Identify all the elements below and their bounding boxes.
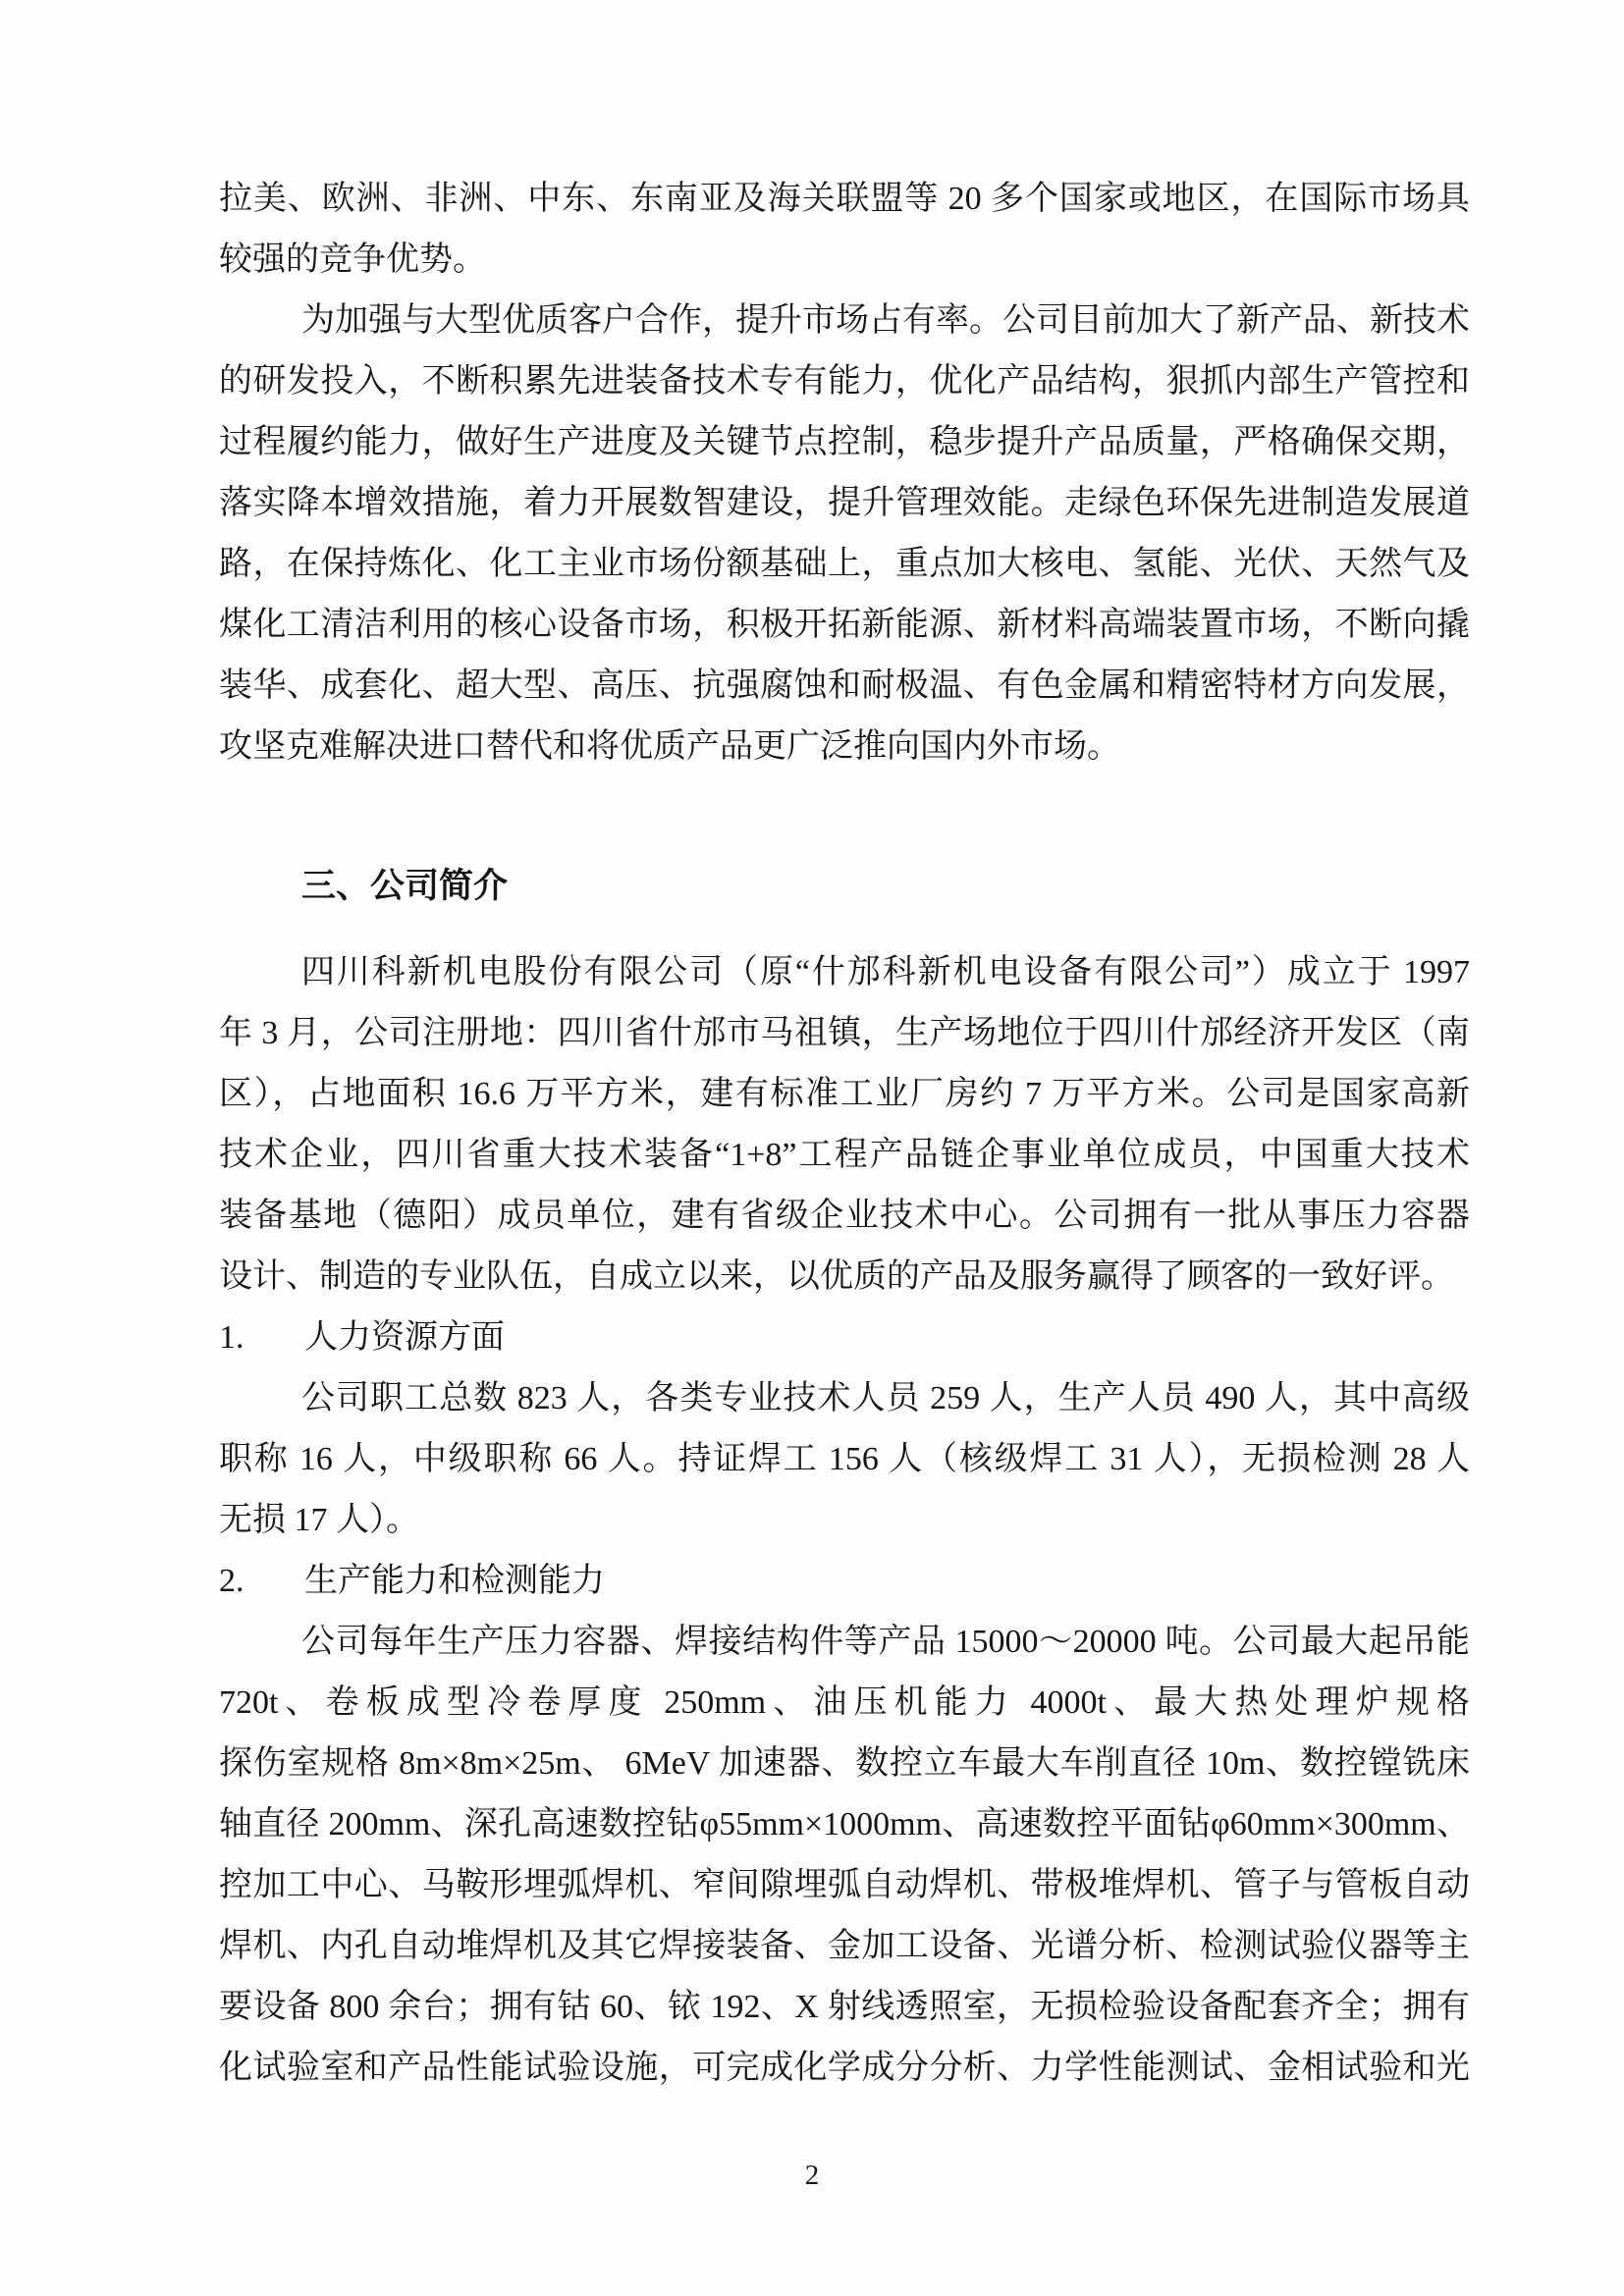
text-line: 职称 16 人，中级职称 66 人。持证焊工 156 人（核级焊工 31 人），…	[219, 1429, 1470, 1490]
text-line: 区），占地面积 16.6 万平方米，建有标准工业厂房约 7 万平方米。公司是国家…	[219, 1064, 1470, 1125]
text-line: 轴直径 200mm、深孔高速数控钻φ55mm×1000mm、高速数控平面钻φ60…	[219, 1794, 1470, 1855]
text-line: 为加强与大型优质客户合作，提升市场占有率。公司目前加大了新产品、新技术	[219, 291, 1470, 351]
list-item-label: 生产能力和检测能力	[304, 1563, 605, 1599]
text-line: 探伤室规格 8m×8m×25m、 6MeV 加速器、数控立车最大车削直径 10m…	[219, 1734, 1470, 1794]
text-line: 无损 17 人）。	[219, 1490, 1470, 1551]
document-body: 拉美、欧洲、非洲、中东、东南亚及海关联盟等 20 多个国家或地区，在国际市场具有…	[219, 169, 1470, 2099]
text-line: 要设备 800 余台；拥有钴 60、铱 192、X 射线透照室，无损检验设备配套…	[219, 1977, 1470, 2038]
section-heading: 三、公司简介	[219, 856, 1470, 917]
text-line: 装华、成套化、超大型、高压、抗强腐蚀和耐极温、有色金属和精密特材方向发展，	[219, 656, 1470, 717]
text-line: 四川科新机电股份有限公司（原“什邡科新机电设备有限公司”）成立于 1997	[219, 942, 1470, 1003]
text-line: 路，在保持炼化、化工主业市场份额基础上，重点加大核电、氢能、光伏、天然气及	[219, 534, 1470, 595]
list-item-label: 人力资源方面	[304, 1319, 505, 1356]
text-line: 化试验室和产品性能试验设施，可完成化学成分分析、力学性能测试、金相试验和光	[219, 2038, 1470, 2099]
text-line: 过程履约能力，做好生产进度及关键节点控制，稳步提升产品质量，严格确保交期，	[219, 412, 1470, 473]
text-line: 装备基地（德阳）成员单位，建有省级企业技术中心。公司拥有一批从事压力容器	[219, 1186, 1470, 1247]
text-line: 落实降本增效措施，着力开展数智建设，提升管理效能。走绿色环保先进制造发展道	[219, 473, 1470, 534]
list-item-number: 1.	[219, 1308, 304, 1368]
text-line: 年 3 月，公司注册地：四川省什邡市马祖镇，生产场地位于四川什邡经济开发区（南	[219, 1003, 1470, 1064]
page-number: 2	[0, 2156, 1624, 2195]
text-line: 焊机、内孔自动堆焊机及其它焊接装备、金加工设备、光谱分析、检测试验仪器等主	[219, 1916, 1470, 1977]
text-line: 较强的竞争优势。	[219, 230, 1470, 291]
text-line: 公司每年生产压力容器、焊接结构件等产品 15000～20000 吨。公司最大起吊…	[219, 1612, 1470, 1673]
list-item: 1.人力资源方面	[219, 1308, 1470, 1368]
text-line: 的研发投入，不断积累先进装备技术专有能力，优化产品结构，狠抓内部生产管控和	[219, 351, 1470, 412]
text-line: 720t、卷板成型冷卷厚度 250mm、油压机能力 4000t、最大热处理炉规格…	[219, 1673, 1470, 1734]
list-item: 2.生产能力和检测能力	[219, 1551, 1470, 1612]
text-line: 控加工中心、马鞍形埋弧焊机、窄间隙埋弧自动焊机、带极堆焊机、管子与管板自动	[219, 1855, 1470, 1916]
text-line: 拉美、欧洲、非洲、中东、东南亚及海关联盟等 20 多个国家或地区，在国际市场具有	[219, 169, 1470, 230]
text-line: 公司职工总数 823 人，各类专业技术人员 259 人，生产人员 490 人，其…	[219, 1368, 1470, 1429]
text-line: 攻坚克难解决进口替代和将优质产品更广泛推向国内外市场。	[219, 717, 1470, 777]
text-line: 设计、制造的专业队伍，自成立以来，以优质的产品及服务赢得了顾客的一致好评。	[219, 1247, 1470, 1308]
list-item-number: 2.	[219, 1551, 304, 1612]
document-page: 拉美、欧洲、非洲、中东、东南亚及海关联盟等 20 多个国家或地区，在国际市场具有…	[0, 0, 1624, 2296]
text-line: 煤化工清洁利用的核心设备市场，积极开拓新能源、新材料高端装置市场，不断向撬	[219, 595, 1470, 656]
text-line: 技术企业，四川省重大技术装备“1+8”工程产品链企事业单位成员，中国重大技术	[219, 1125, 1470, 1186]
